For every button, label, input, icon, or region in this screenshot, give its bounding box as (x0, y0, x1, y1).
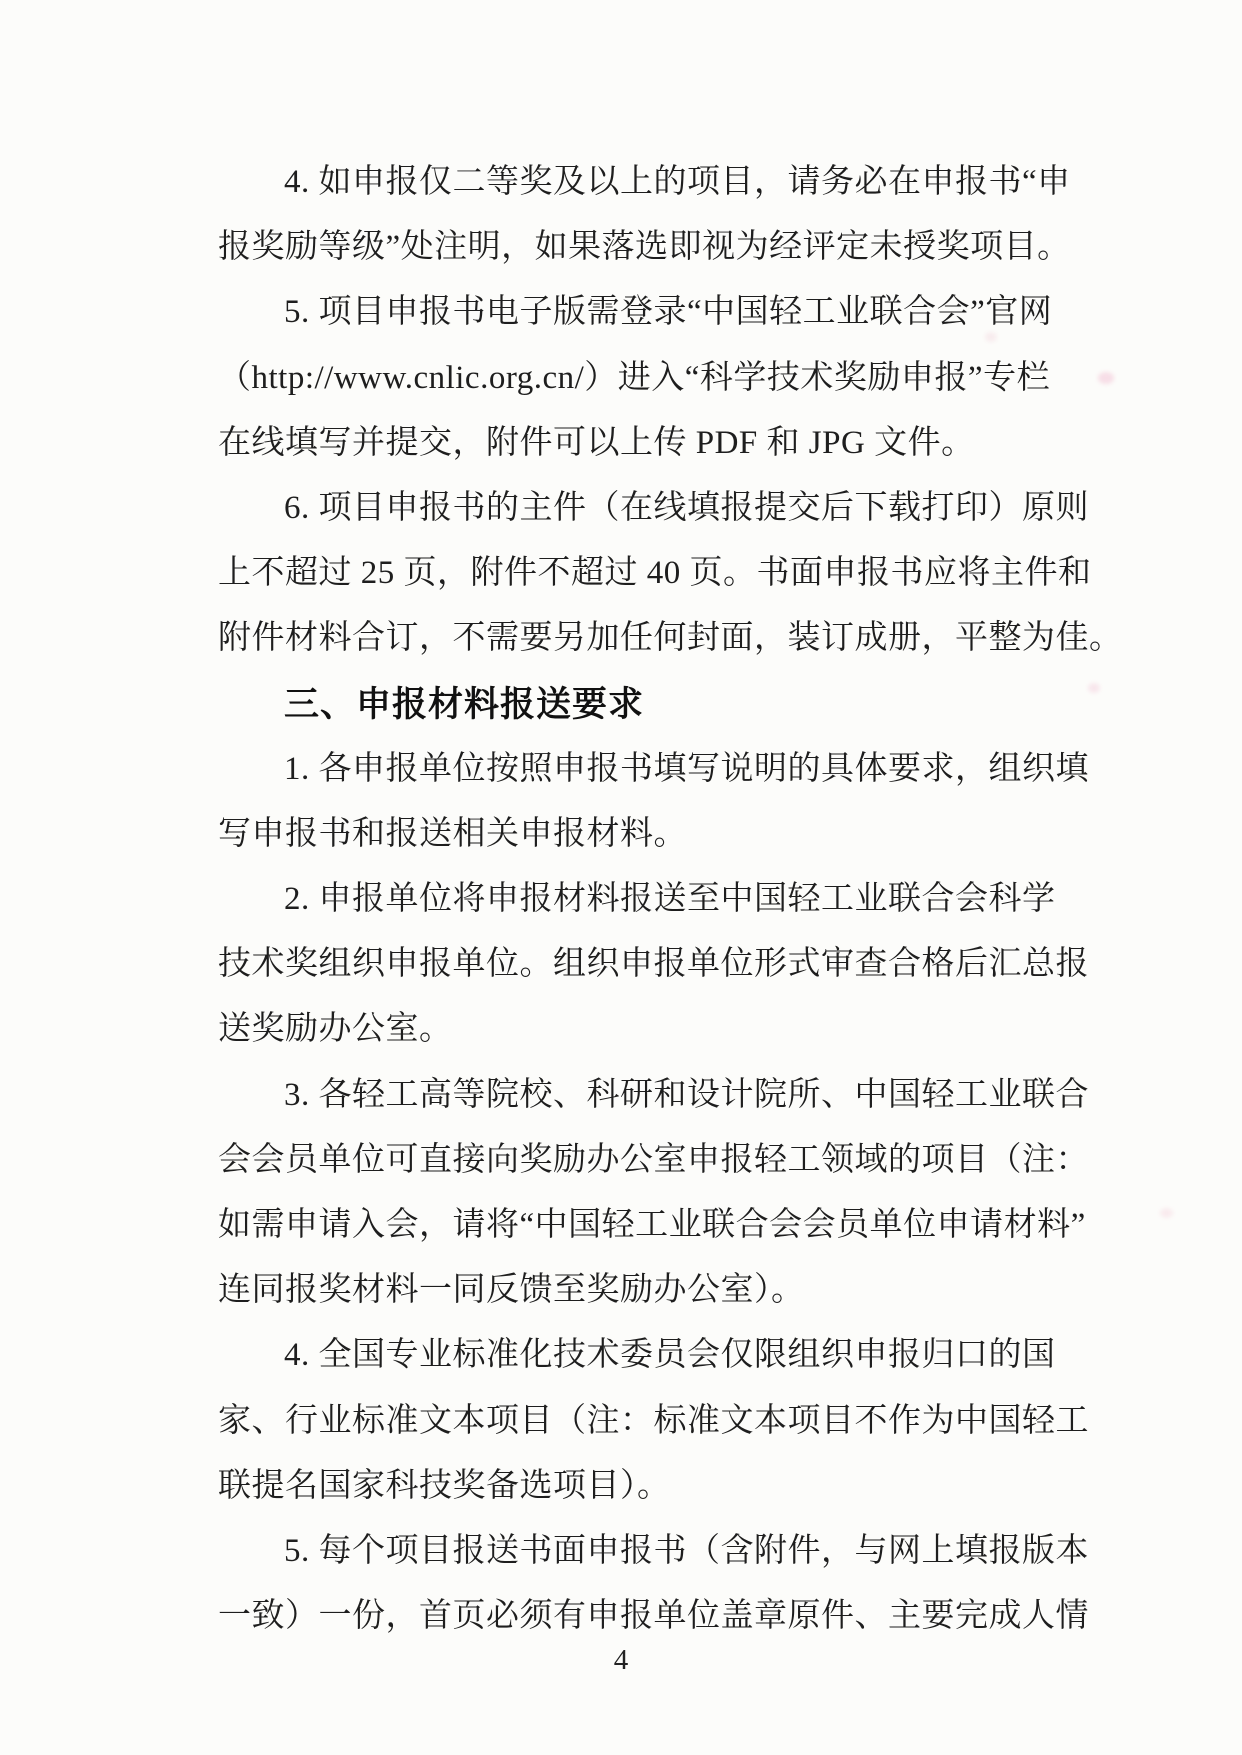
document-body: 4. 如申报仅二等奖及以上的项目，请务必在申报书“申 报奖励等级”处注明，如果落… (218, 150, 1098, 1649)
scan-artifact (1160, 1208, 1173, 1218)
text-line: （http://www.cnlic.org.cn/）进入“科学技术奖励申报”专栏 (218, 346, 1098, 411)
page-number: 4 (0, 1642, 1242, 1678)
text-line: 4. 全国专业标准化技术委员会仅限组织申报归口的国 (218, 1323, 1098, 1388)
text-line: 连同报奖材料一同反馈至奖励办公室）。 (218, 1258, 1098, 1323)
text-line: 5. 项目申报书电子版需登录“中国轻工业联合会”官网 (218, 280, 1098, 345)
text-line: 如需申请入会，请将“中国轻工业联合会会员单位申请材料” (218, 1193, 1098, 1258)
text-line: 家、行业标准文本项目（注：标准文本项目不作为中国轻工 (218, 1389, 1098, 1454)
text-line: 1. 各申报单位按照申报书填写说明的具体要求，组织填 (218, 737, 1098, 802)
text-line: 3. 各轻工高等院校、科研和设计院所、中国轻工业联合 (218, 1063, 1098, 1128)
text-line: 附件材料合订，不需要另加任何封面，装订成册，平整为佳。 (218, 606, 1098, 671)
section-heading: 三、申报材料报送要求 (218, 672, 1098, 737)
text-line: 送奖励办公室。 (218, 997, 1098, 1062)
text-line: 技术奖组织申报单位。组织申报单位形式审查合格后汇总报 (218, 932, 1098, 997)
text-line: 联提名国家科技奖备选项目）。 (218, 1454, 1098, 1519)
text-line: 在线填写并提交，附件可以上传 PDF 和 JPG 文件。 (218, 411, 1098, 476)
text-line: 2. 申报单位将申报材料报送至中国轻工业联合会科学 (218, 867, 1098, 932)
text-line: 上不超过 25 页，附件不超过 40 页。书面申报书应将主件和 (218, 541, 1098, 606)
text-line: 报奖励等级”处注明，如果落选即视为经评定未授奖项目。 (218, 215, 1098, 280)
text-line: 4. 如申报仅二等奖及以上的项目，请务必在申报书“申 (218, 150, 1098, 215)
text-line: 写申报书和报送相关申报材料。 (218, 802, 1098, 867)
text-line: 6. 项目申报书的主件（在线填报提交后下载打印）原则 (218, 476, 1098, 541)
text-line: 会会员单位可直接向奖励办公室申报轻工领域的项目（注： (218, 1128, 1098, 1193)
scanned-document-page: 4. 如申报仅二等奖及以上的项目，请务必在申报书“申 报奖励等级”处注明，如果落… (0, 0, 1242, 1755)
text-line: 5. 每个项目报送书面申报书（含附件，与网上填报版本 (218, 1519, 1098, 1584)
scan-artifact (1098, 372, 1114, 384)
text-line: 一致）一份，首页必须有申报单位盖章原件、主要完成人情 (218, 1584, 1098, 1649)
